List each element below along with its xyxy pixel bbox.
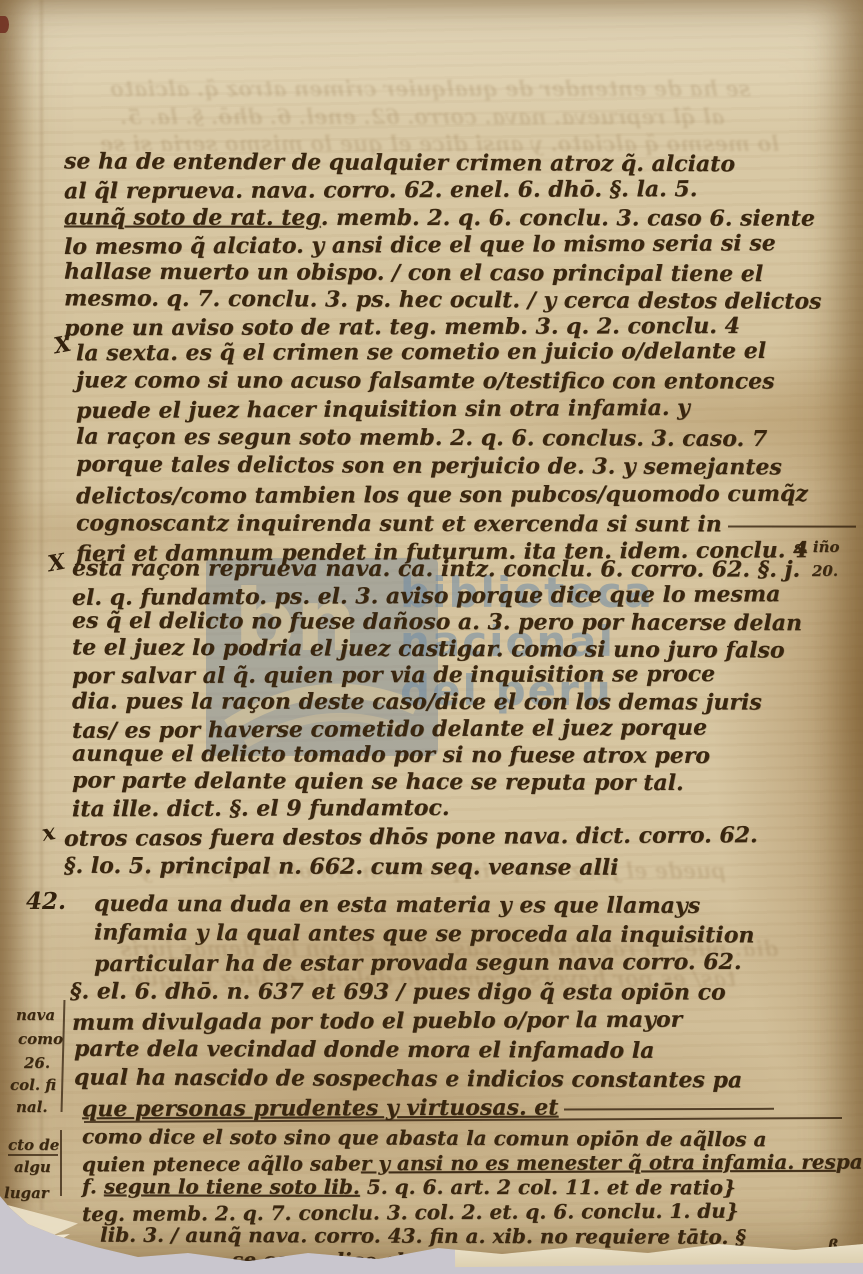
manuscript-line: aunque el delicto tomado por si no fuese…	[72, 741, 802, 770]
manuscript-line: el. q. fundamto. ps. el. 3. aviso porque…	[72, 581, 802, 611]
manuscript-line: aunq̃ soto de rat. teg. memb. 2. q. 6. c…	[64, 204, 821, 233]
text-block: esta raçon reprueva nava. ca. intz. conc…	[72, 556, 802, 822]
manuscript-line: lo mesmo q̃ alciato. y ansi dice el que …	[64, 230, 822, 261]
margin-note: lugar	[4, 1184, 49, 1202]
manuscript-line: la sexta. es q̃ el crimen se cometio en …	[76, 337, 856, 368]
manuscript-page: se ha de entender de qualquier crimen at…	[0, 0, 863, 1274]
paper-crease	[38, 0, 45, 1210]
underlined-phrase: segun lo tiene soto lib.	[104, 1175, 360, 1199]
manuscript-line: mum divulgada por todo el pueblo o/por l…	[72, 1005, 775, 1038]
manuscript-line: al q̃l reprueva. nava. corro. 62. enel. …	[64, 176, 822, 206]
margin-bracket	[8, 1154, 58, 1156]
margin-note: como	[18, 1030, 63, 1048]
ink-rule	[564, 1108, 774, 1111]
margin-note: s. iño	[794, 538, 840, 556]
manuscript-line: la raçon es segun soto memb. 2. q. 6. co…	[76, 422, 856, 453]
manuscript-line: §. el. 6. dhō. n. 637 et 693 / pues digo…	[70, 977, 774, 1007]
manuscript-line: cognoscantz inquirenda sunt et exercenda…	[76, 509, 856, 539]
manuscript-line: por salvar al q̃. quien por via de inqui…	[72, 661, 802, 690]
torn-corner-flap	[8, 1234, 70, 1260]
bleedthrough-line: al q̃l reprueva. nava. corro. 62. enel. …	[120, 104, 725, 129]
margin-note: nal.	[16, 1098, 48, 1116]
margin-note: col. fi	[10, 1076, 56, 1094]
manuscript-line: mesmo. q. 7. conclu. 3. ps. hec ocult. /…	[64, 285, 822, 316]
manuscript-line: parte dela vecindad donde mora el infama…	[74, 1035, 775, 1066]
manuscript-line: infamia y la qual antes que se proceda a…	[94, 919, 775, 951]
manuscript-line: porque tales delictos son en perjuicio d…	[76, 451, 856, 483]
manuscript-line: es q̃ el delicto no fuese dañoso a. 3. p…	[72, 608, 802, 637]
paragraph-mark: X	[46, 549, 67, 578]
margin-bracket	[61, 1000, 66, 1112]
underlined-phrase: aunq̃ soto de rat. teg	[64, 204, 321, 230]
margin-note: 20.	[812, 562, 838, 580]
manuscript-line: como dice el soto sino que abasta la com…	[82, 1124, 863, 1152]
margin-note: cto de	[8, 1136, 59, 1154]
manuscript-line: §. lo. 5. principal n. 662. cum seq. vea…	[64, 851, 758, 883]
paragraph-number: 42.	[26, 888, 66, 915]
manuscript-line: quien ptenece aq̃llo saber y ansi no es …	[82, 1149, 863, 1176]
manuscript-line: puede el juez hacer inquisition sin otra…	[76, 393, 856, 426]
underlined-phrase: r y ansi no es menester q̃ otra infamia.…	[361, 1149, 836, 1175]
manuscript-line: particular ha de estar provada segun nav…	[94, 948, 775, 979]
ink-rule	[728, 525, 856, 527]
manuscript-line: esta raçon reprueva nava. ca. intz. conc…	[72, 555, 802, 583]
text-block: la sexta. es q̃ el crimen se cometio en …	[76, 338, 856, 567]
text-block: otros casos fuera destos dhōs pone nava.…	[64, 822, 758, 882]
torn-corner-flap	[0, 1203, 78, 1257]
text-block: queda una duda en esta materia y es que …	[70, 891, 774, 1123]
manuscript-line: f. segun lo tiene soto lib. 5. q. 6. art…	[82, 1175, 863, 1201]
edge-stain	[0, 16, 9, 33]
manuscript-line: se ha de entender de qualquier crimen at…	[64, 148, 822, 179]
manuscript-line: te el juez lo podria el juez castigar. c…	[72, 634, 802, 664]
bleedthrough-line: se ha de entender de qualquier crimen at…	[110, 76, 751, 101]
manuscript-line: tas/ es por haverse cometido delante el …	[72, 714, 802, 744]
manuscript-line: hallase muerto un obispo. / con el caso …	[64, 258, 822, 288]
manuscript-line: por parte delante quien se hace se reput…	[72, 767, 802, 797]
margin-bracket	[60, 1130, 62, 1196]
manuscript-line: queda una duda en esta materia y es que …	[94, 890, 775, 921]
margin-note: 26.	[24, 1054, 50, 1072]
text-block: se ha de entender de qualquier crimen at…	[64, 150, 821, 342]
manuscript-line: dia. pues la raçon deste caso/dice el co…	[72, 688, 802, 716]
manuscript-line: delictos/como tambien los que son pubcos…	[76, 480, 856, 511]
manuscript-line: otros casos fuera destos dhōs pone nava.…	[64, 820, 758, 854]
manuscript-scan: se ha de entender de qualquier crimen at…	[0, 0, 863, 1274]
margin-note: algu	[14, 1158, 51, 1176]
margin-note: nava	[16, 1006, 55, 1024]
manuscript-line: qual ha nascido de sospechas e indicios …	[74, 1063, 775, 1095]
manuscript-line: lib. 3. / aunq̃ nava. corro. 43. fin a. …	[100, 1223, 863, 1250]
manuscript-line: juez como si uno acuso falsamte o/testif…	[76, 366, 856, 396]
manuscript-line: ita ille. dict. §. el 9 fundamtoc.	[72, 794, 802, 823]
